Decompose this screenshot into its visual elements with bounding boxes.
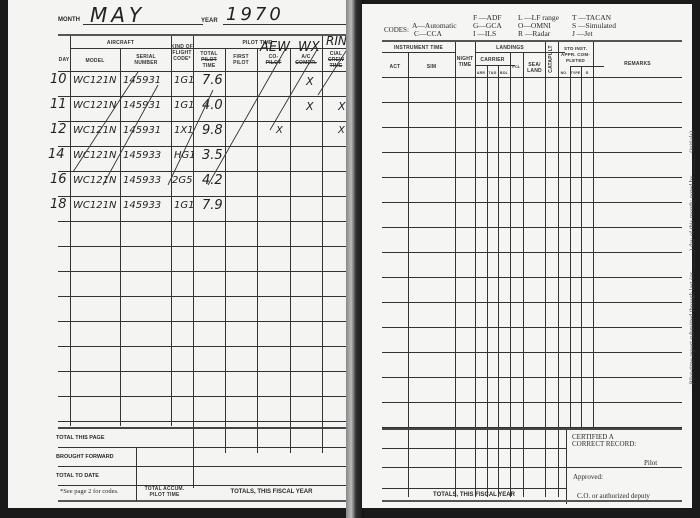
certified-correct-record: CERTIFIED A CORRECT RECORD: bbox=[572, 434, 642, 448]
logbook-right-page: CODES: A—Automatic C—CCA F —ADF G—GCA I … bbox=[362, 4, 692, 508]
logbook-left-page: MONTH MAY YEAR 1970 DAY AIRCRAFT MODEL S… bbox=[8, 0, 350, 508]
total-this-page-label: TOTAL THIS PAGE bbox=[56, 435, 105, 441]
header-carrier: CARRIER bbox=[475, 57, 510, 63]
codes-column-2: F —ADF G—GCA I —ILS bbox=[473, 14, 502, 38]
codes-label: CODES: bbox=[384, 26, 409, 34]
header-std-s: S bbox=[581, 70, 593, 76]
handwritten-diagonal-strokes bbox=[8, 0, 350, 200]
see-page-note: *See page 2 for codes. bbox=[60, 488, 119, 495]
header-carrier-arr: ARR bbox=[475, 70, 487, 76]
header-act: ACT bbox=[382, 64, 408, 70]
totals-fiscal-year-label: TOTALS, THIS FISCAL YEAR bbox=[193, 489, 350, 495]
header-catapult: CATAPULT bbox=[548, 40, 554, 78]
approved-label: Approved: bbox=[573, 473, 603, 481]
header-std-type: TYPE bbox=[570, 70, 581, 76]
total-to-date-label: TOTAL TO DATE bbox=[56, 473, 99, 479]
totals-fiscal-year-label: TOTALS, THIS FISCAL YEAR bbox=[382, 492, 566, 498]
header-remarks: REMARKS bbox=[593, 61, 682, 67]
header-std-inst-appr: STD INST. APPR. COM- PLETED bbox=[558, 46, 593, 64]
brought-forward-label: BROUGHT FORWARD bbox=[56, 454, 114, 460]
header-night-time: NIGHT TIME bbox=[455, 56, 475, 68]
header-landings: LANDINGS bbox=[475, 45, 545, 51]
header-sim: SIM bbox=[408, 64, 455, 70]
codes-column-4: T —TACAN S —Simulated J —Jet bbox=[572, 14, 616, 38]
header-instrument-time: INSTRUMENT TIME bbox=[382, 45, 455, 51]
header-carrier-bol: BOL bbox=[498, 70, 510, 76]
codes-column-3: L —LF range O—OMNI R —Radar bbox=[518, 14, 559, 38]
header-carrier-tg: T&G bbox=[487, 70, 498, 76]
co-deputy-label: C.O. or authorized deputy bbox=[577, 492, 650, 500]
total-accum-pilot-time-label: TOTAL ACCUM. PILOT TIME bbox=[136, 486, 193, 498]
header-sea-land: SEA/ LAND bbox=[524, 62, 545, 74]
header-fcl: FCL bbox=[510, 64, 523, 70]
pilot-signature-label: Pilot bbox=[644, 459, 657, 467]
codes-column-1: A—Automatic C—CCA bbox=[412, 22, 457, 38]
header-std-no: NO. bbox=[558, 70, 570, 76]
pilot-time-report-note: Pilot-time report submitted through last… bbox=[689, 88, 696, 428]
